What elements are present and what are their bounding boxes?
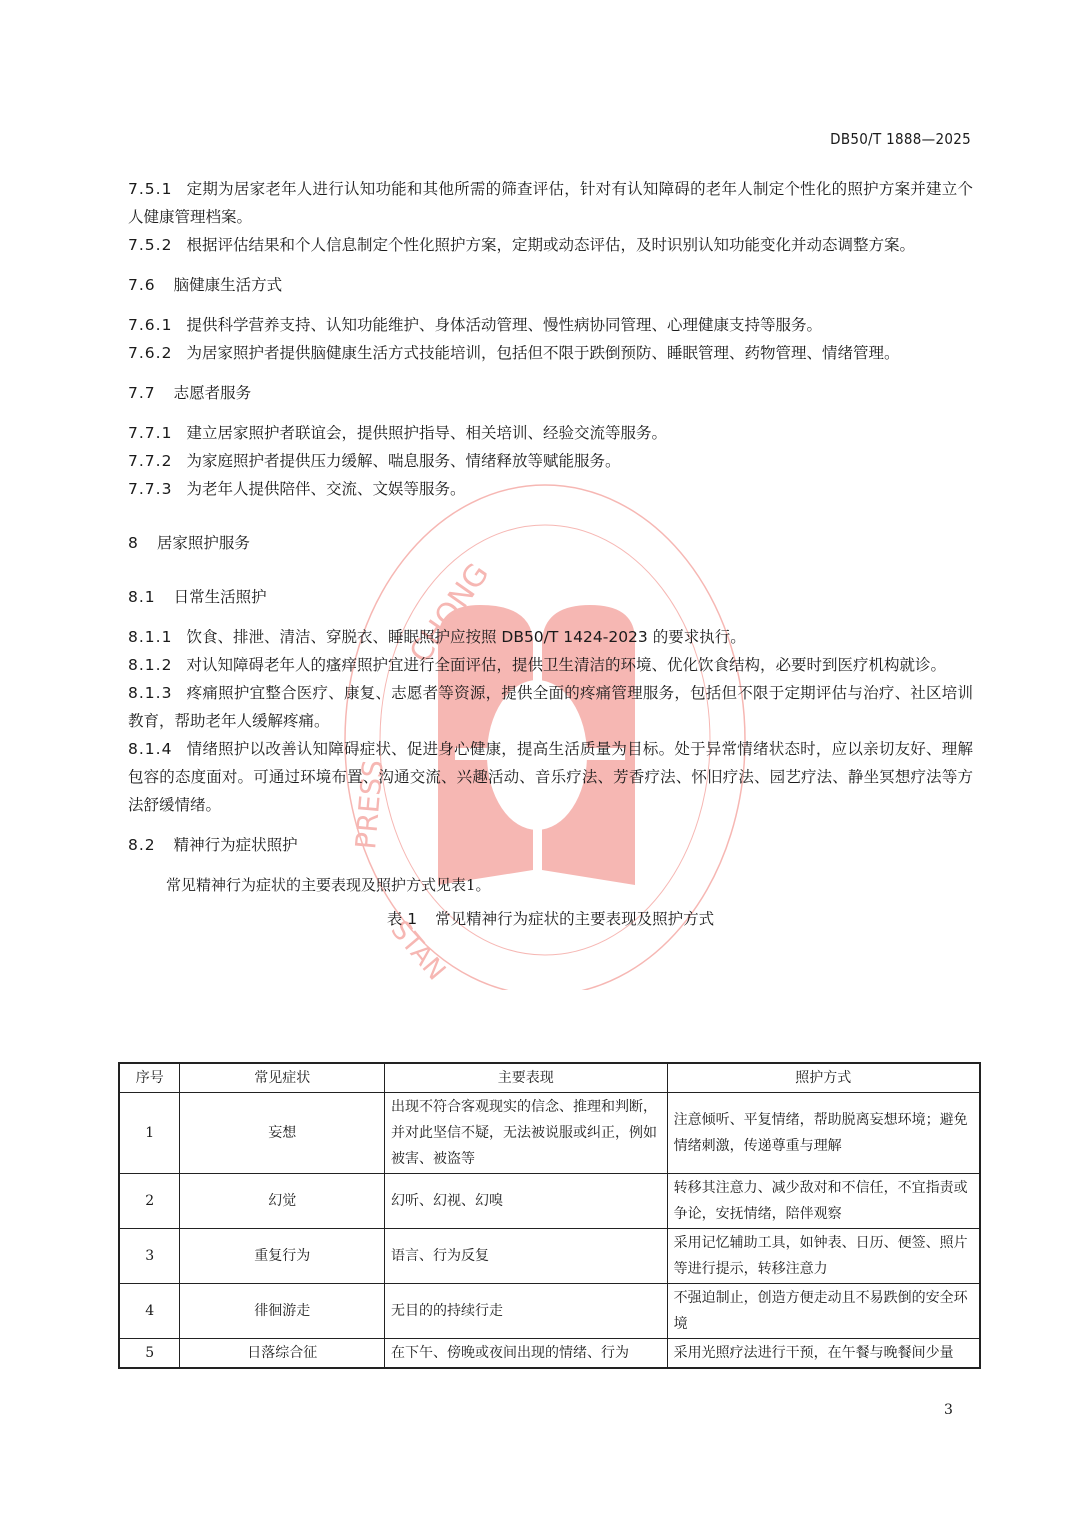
document-code: DB50/T 1888—2025 [830,130,971,148]
document-page: CHONG PRESS STAN DB50/T 1888—2025 7.5.1定… [0,0,1074,1520]
cell-symptom: 重复行为 [180,1229,385,1284]
cell-no: 4 [119,1284,180,1339]
table-header-row: 序号 常见症状 主要表现 照护方式 [119,1063,980,1093]
cell-manifestation: 出现不符合客观现实的信念、推理和判断，并对此坚信不疑，无法被说服或纠正，例如被害… [384,1093,667,1174]
cell-care: 不强迫制止，创造方便走动且不易跌倒的安全环境 [667,1284,980,1339]
clause-7-5-2: 7.5.2根据评估结果和个人信息制定个性化照护方案，定期或动态评估，及时识别认知… [128,231,973,259]
table-row: 1 妄想 出现不符合客观现实的信念、推理和判断，并对此坚信不疑，无法被说服或纠正… [119,1093,980,1174]
clause-8-1-1: 8.1.1饮食、排泄、清洁、穿脱衣、睡眠照护应按照 DB50/T 1424-20… [128,623,973,651]
table-row: 2 幻觉 幻听、幻视、幻嗅 转移其注意力、减少敌对和不信任，不宜指责或争论，安抚… [119,1174,980,1229]
cell-no: 5 [119,1339,180,1369]
heading-8-1: 8.1日常生活照护 [128,583,973,611]
clause-7-6-1: 7.6.1提供科学营养支持、认知功能维护、身体活动管理、慢性病协同管理、心理健康… [128,311,973,339]
clause-8-1-2: 8.1.2对认知障碍老年人的瘙痒照护宜进行全面评估，提供卫生清洁的环境、优化饮食… [128,651,973,679]
cell-symptom: 徘徊游走 [180,1284,385,1339]
heading-7-6: 7.6脑健康生活方式 [128,271,973,299]
cell-symptom: 日落综合征 [180,1339,385,1369]
cell-no: 3 [119,1229,180,1284]
cell-care: 采用光照疗法进行干预，在午餐与晚餐间少量 [667,1339,980,1369]
clause-7-7-3: 7.7.3为老年人提供陪伴、交流、文娱等服务。 [128,475,973,503]
header-no: 序号 [119,1063,180,1093]
table-row: 4 徘徊游走 无目的的持续行走 不强迫制止，创造方便走动且不易跌倒的安全环境 [119,1284,980,1339]
cell-care: 注意倾听、平复情绪，帮助脱离妄想环境；避免情绪刺激，传递尊重与理解 [667,1093,980,1174]
cell-no: 2 [119,1174,180,1229]
table-row: 3 重复行为 语言、行为反复 采用记忆辅助工具，如钟表、日历、便签、照片等进行提… [119,1229,980,1284]
clause-7-7-2: 7.7.2为家庭照护者提供压力缓解、喘息服务、情绪释放等赋能服务。 [128,447,973,475]
document-body: 7.5.1定期为居家老年人进行认知功能和其他所需的筛查评估，针对有认知障碍的老年… [128,175,973,943]
cell-symptom: 幻觉 [180,1174,385,1229]
heading-8: 8居家照护服务 [128,529,973,557]
cell-manifestation: 在下午、傍晚或夜间出现的情绪、行为 [384,1339,667,1369]
cell-manifestation: 幻听、幻视、幻嗅 [384,1174,667,1229]
clause-7-5-1: 7.5.1定期为居家老年人进行认知功能和其他所需的筛查评估，针对有认知障碍的老年… [128,175,973,231]
cell-manifestation: 无目的的持续行走 [384,1284,667,1339]
table-caption: 表 1常见精神行为症状的主要表现及照护方式 [128,905,973,933]
page-number: 3 [944,1402,953,1418]
header-manifestation: 主要表现 [384,1063,667,1093]
clause-8-1-4: 8.1.4情绪照护以改善认知障碍症状、促进身心健康，提高生活质量为目标。处于异常… [128,735,973,819]
header-symptom: 常见症状 [180,1063,385,1093]
cell-no: 1 [119,1093,180,1174]
table-reference-text: 常见精神行为症状的主要表现及照护方式见表1。 [128,871,973,899]
cell-symptom: 妄想 [180,1093,385,1174]
cell-manifestation: 语言、行为反复 [384,1229,667,1284]
heading-8-2: 8.2精神行为症状照护 [128,831,973,859]
symptom-care-table: 序号 常见症状 主要表现 照护方式 1 妄想 出现不符合客观现实的信念、推理和判… [118,1062,981,1369]
clause-7-6-2: 7.6.2为居家照护者提供脑健康生活方式技能培训，包括但不限于跌倒预防、睡眠管理… [128,339,973,367]
cell-care: 转移其注意力、减少敌对和不信任，不宜指责或争论，安抚情绪，陪伴观察 [667,1174,980,1229]
clause-8-1-3: 8.1.3疼痛照护宜整合医疗、康复、志愿者等资源，提供全面的疼痛管理服务，包括但… [128,679,973,735]
header-care: 照护方式 [667,1063,980,1093]
cell-care: 采用记忆辅助工具，如钟表、日历、便签、照片等进行提示，转移注意力 [667,1229,980,1284]
table-row: 5 日落综合征 在下午、傍晚或夜间出现的情绪、行为 采用光照疗法进行干预，在午餐… [119,1339,980,1369]
clause-7-7-1: 7.7.1建立居家照护者联谊会，提供照护指导、相关培训、经验交流等服务。 [128,419,973,447]
heading-7-7: 7.7志愿者服务 [128,379,973,407]
